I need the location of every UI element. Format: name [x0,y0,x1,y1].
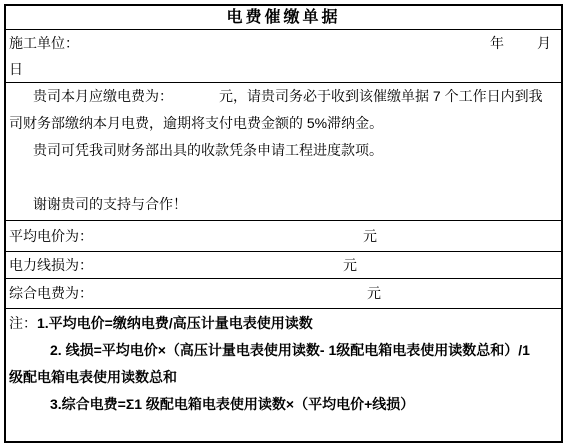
payment-reminder-form: 电费催缴单据 施工单位： 年 月 日 贵司本月应缴电费为：元，请贵司务必于收到该… [4,4,563,443]
amount-blank-field [173,100,219,101]
notice-line-1: 贵司本月应缴电费为：元，请贵司务必于收到该催缴单据 7 个工作日内到我 [9,83,558,110]
average-price-row: 平均电价为： 元 [6,221,561,252]
note-1: 注：1.平均电价=缴纳电费/高压计量电表使用读数 [9,310,558,337]
total-fee-row: 综合电费为： 元 [6,279,561,309]
note-1-text: 1.平均电价=缴纳电费/高压计量电表使用读数 [37,315,313,331]
construction-unit-row: 施工单位： 年 月 日 [6,30,561,83]
notes-prefix: 注： [9,315,37,331]
average-price-unit: 元 [363,221,377,251]
notice-line-3: 贵司可凭我司财务部出具的收款凭条申请工程进度款项。 [9,137,558,164]
year-label: 年 [490,30,504,56]
month-label: 月 [537,30,551,56]
line-loss-unit: 元 [343,252,357,278]
note-2-text-1: 2. 线损=平均电价×（高压计量电表使用读数- 1级配电箱电表使用读数总和）/1 [50,342,530,358]
blank-line [9,164,558,191]
receipt-voucher-text: 贵司可凭我司财务部出具的收款凭条申请工程进度款项。 [33,142,383,158]
notice-line-2: 司财务部缴纳本月电费，逾期将支付电费金额的 5%滞纳金。 [9,110,558,137]
thanks-line: 谢谢贵司的支持与合作！ [9,191,558,218]
thanks-text: 谢谢贵司的支持与合作！ [33,196,187,212]
form-title: 电费催缴单据 [226,9,340,26]
notes-row: 注：1.平均电价=缴纳电费/高压计量电表使用读数 2. 线损=平均电价×（高压计… [6,309,561,441]
note-2-line-1: 2. 线损=平均电价×（高压计量电表使用读数- 1级配电箱电表使用读数总和）/1 [9,337,558,364]
amount-due-label: 贵司本月应缴电费为： [33,88,173,104]
note-2-text-2: 级配电箱电表使用读数总和 [9,369,177,385]
day-label: 日 [9,56,558,82]
note-3-text: 3.综合电费=Σ1 级配电箱电表使用读数×（平均电价+线损） [50,396,414,412]
late-fee-text: 司财务部缴纳本月电费，逾期将支付电费金额的 5%滞纳金。 [9,115,383,131]
notice-body-row: 贵司本月应缴电费为：元，请贵司务必于收到该催缴单据 7 个工作日内到我 司财务部… [6,83,561,221]
total-fee-label: 综合电费为： [9,285,93,301]
line-loss-label: 电力线损为： [9,257,93,273]
average-price-label: 平均电价为： [9,228,93,244]
total-fee-unit: 元 [367,279,381,308]
line-loss-row: 电力线损为： 元 [6,252,561,279]
note-3: 3.综合电费=Σ1 级配电箱电表使用读数×（平均电价+线损） [9,391,558,418]
amount-due-text: 元，请贵司务必于收到该催缴单据 7 个工作日内到我 [219,88,543,104]
construction-unit-label: 施工单位： [9,35,79,51]
note-2-line-2: 级配电箱电表使用读数总和 [9,364,558,391]
form-title-row: 电费催缴单据 [6,6,561,30]
